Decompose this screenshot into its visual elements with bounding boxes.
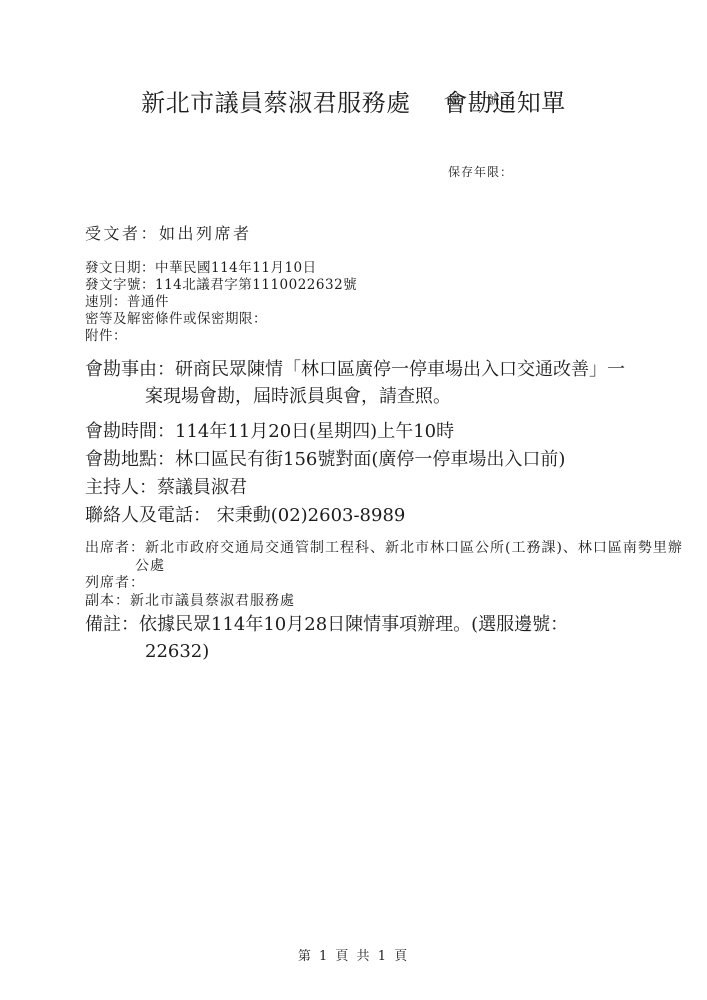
- meta-line-security: 密等及解密條件或保密期限：: [85, 311, 357, 328]
- document-title: 新北市議員蔡淑君服務處 會勘通知單: [0, 83, 707, 118]
- field-survey-time: 會勘時間：114年11月20日(星期四)上午10時: [85, 418, 637, 446]
- meta-line-doc-number: 發文字號：114北議君字第1110022632號: [85, 277, 357, 294]
- survey-subject-label: 會勘事由：: [85, 359, 175, 380]
- host-value: 蔡議員淑君: [157, 477, 247, 498]
- doc-number-value: 114北議君字第1110022632號: [155, 277, 357, 293]
- doc-number-label: 發文字號：: [85, 277, 155, 293]
- attachment-label: 附件：: [85, 328, 127, 344]
- contact-phone-label: 聯絡人及電話：: [85, 505, 211, 526]
- meta-line-issue-date: 發文日期：中華民國114年11月10日: [85, 260, 357, 277]
- remark-line: 備註：依據民眾114年10月28日陳情事項辦理。(選服邊號：22632): [85, 611, 632, 665]
- contact-phone-value: 宋秉動(02)2603-8989: [211, 505, 405, 526]
- security-label: 密等及解密條件或保密期限：: [85, 311, 267, 327]
- meta-line-attachment: 附件：: [85, 328, 357, 345]
- field-survey-location: 會勘地點：林口區民有街156號對面(廣停一停車場出入口前): [85, 446, 637, 474]
- retention-period-label: 保存年限：: [448, 160, 513, 184]
- priority-value: 普通件: [127, 294, 169, 310]
- carbon-copy-value: 新北市議員蔡淑君服務處: [130, 593, 295, 609]
- main-fields-block: 會勘事由：研商民眾陳情「林口區廣停一停車場出入口交通改善」一案現場會勘，屆時派員…: [85, 356, 637, 530]
- priority-label: 速別：: [85, 294, 127, 310]
- survey-time-value: 114年11月20日(星期四)上午10時: [175, 421, 454, 442]
- archive-block: 檔 號： 保存年限：: [448, 40, 513, 232]
- attendance-block: 出席者：新北市政府交通局交通管制工程科、新北市林口區公所(工務課)、林口區南勢里…: [85, 540, 683, 610]
- survey-location-value: 林口區民有街156號對面(廣停一停車場出入口前): [175, 449, 565, 470]
- meta-line-priority: 速別：普通件: [85, 294, 357, 311]
- meta-block: 發文日期：中華民國114年11月10日 發文字號：114北議君字第1110022…: [85, 260, 357, 345]
- field-host: 主持人：蔡議員淑君: [85, 474, 637, 502]
- issue-date-label: 發文日期：: [85, 260, 155, 276]
- attendees-label: 出席者：: [85, 540, 145, 556]
- observers-line: 列席者：: [85, 575, 683, 593]
- attendees-value: 新北市政府交通局交通管制工程科、新北市林口區公所(工務課)、林口區南勢里辦公處: [135, 540, 683, 574]
- field-contact-phone: 聯絡人及電話： 宋秉動(02)2603-8989: [85, 502, 637, 530]
- recipient-line: 受文者：如出列席者: [85, 221, 252, 244]
- host-label: 主持人：: [85, 477, 157, 498]
- issue-date-value: 中華民國114年11月10日: [155, 260, 317, 276]
- recipient-value: 如出列席者: [159, 224, 252, 243]
- carbon-copy-line: 副本：新北市議員蔡淑君服務處: [85, 593, 683, 611]
- survey-subject-value: 研商民眾陳情「林口區廣停一停車場出入口交通改善」一案現場會勘，屆時派員與會，請查…: [145, 359, 625, 407]
- remark-value: 依據民眾114年10月28日陳情事項辦理。(選服邊號：22632): [139, 614, 568, 662]
- page-footer: 第 1 頁 共 1 頁: [0, 945, 707, 964]
- survey-time-label: 會勘時間：: [85, 421, 175, 442]
- observers-label: 列席者：: [85, 575, 145, 591]
- carbon-copy-label: 副本：: [85, 593, 130, 609]
- remark-label: 備註：: [85, 614, 139, 635]
- meeting-notice-document: 檔 號： 保存年限： 新北市議員蔡淑君服務處 會勘通知單 受文者：如出列席者 發…: [0, 0, 707, 1000]
- attendees-line: 出席者：新北市政府交通局交通管制工程科、新北市林口區公所(工務課)、林口區南勢里…: [85, 540, 683, 575]
- recipient-label: 受文者：: [85, 224, 159, 243]
- field-survey-subject: 會勘事由：研商民眾陳情「林口區廣停一停車場出入口交通改善」一案現場會勘，屆時派員…: [85, 356, 637, 410]
- survey-location-label: 會勘地點：: [85, 449, 175, 470]
